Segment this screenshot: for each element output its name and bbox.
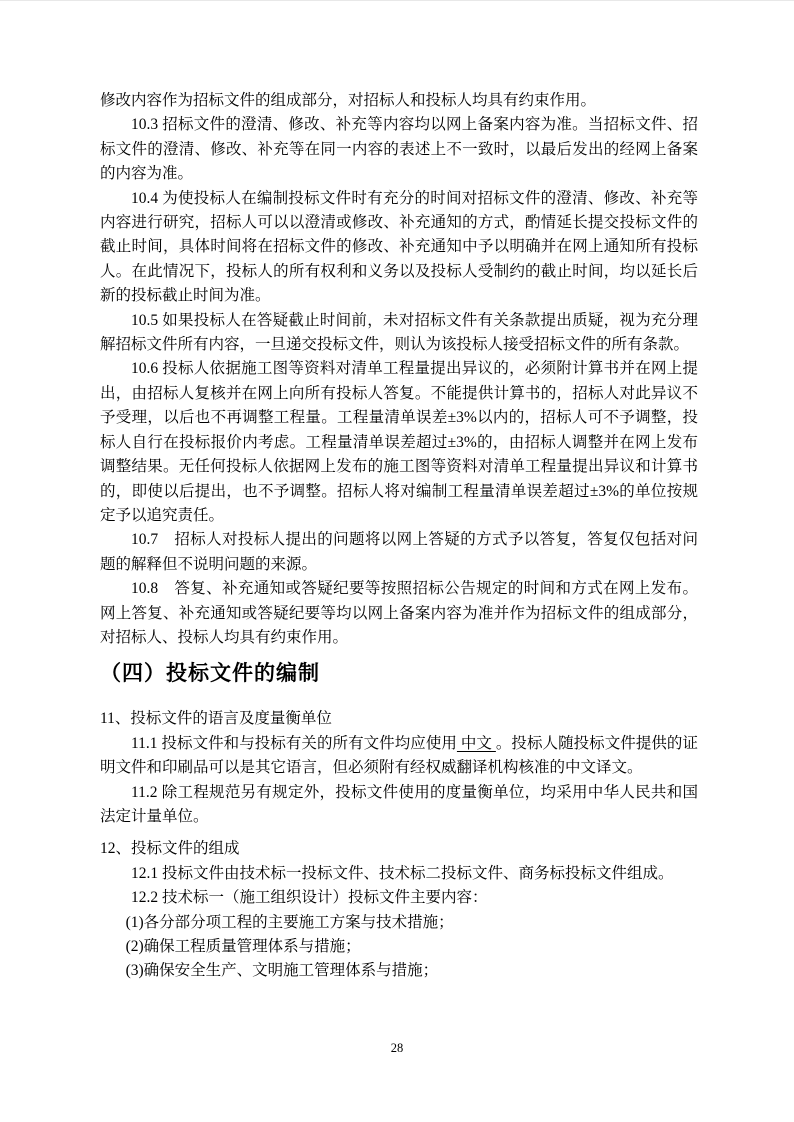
text-run: 12.2 技术标一（施工组织设计）投标文件主要内容： <box>131 889 488 906</box>
paragraph: 10.8 答复、补充通知或答疑纪要等按照招标公告规定的时间和方式在网上发布。网上… <box>100 577 698 650</box>
text-run: 12.1 投标文件由技术标一投标文件、技术标二投标文件、商务标投标文件组成。 <box>131 865 674 882</box>
text-run: 10.7 招标人对投标人提出的问题将以网上答疑的方式予以答复，答复仅包括对问题的… <box>100 531 698 572</box>
paragraph: (1)各分部分项工程的主要施工方案与技术措施； <box>100 911 698 935</box>
text-run: 10.6 投标人依据施工图等资料对清单工程量提出异议的，必须附计算书并在网上提出… <box>100 360 698 523</box>
paragraph: (2)确保工程质量管理体系与措施； <box>100 935 698 959</box>
paragraph: 10.5 如果投标人在答疑截止时间前，未对招标文件有关条款提出质疑，视为充分理解… <box>100 309 698 358</box>
text-run: 11.2 除工程规范另有规定外，投标文件使用的度量衡单位，均采用中华人民共和国法… <box>100 784 698 825</box>
text-run: 10.8 答复、补充通知或答疑纪要等按照招标公告规定的时间和方式在网上发布。网上… <box>100 580 698 646</box>
paragraph: 12、投标文件的组成 <box>100 837 698 861</box>
document-page: 修改内容作为招标文件的组成部分，对招标人和投标人均具有约束作用。10.3 招标文… <box>0 0 794 1122</box>
document-content: 修改内容作为招标文件的组成部分，对招标人和投标人均具有约束作用。10.3 招标文… <box>100 89 698 984</box>
paragraph: 11.2 除工程规范另有规定外，投标文件使用的度量衡单位，均采用中华人民共和国法… <box>100 781 698 830</box>
text-run: （四）投标文件的编制 <box>100 662 320 685</box>
text-run: 11、投标文件的语言及度量衡单位 <box>100 710 332 727</box>
text-run: 10.4 为使投标人在编制投标文件时有充分的时间对招标文件的澄清、修改、补充等内… <box>100 190 698 305</box>
text-run: 10.5 如果投标人在答疑截止时间前，未对招标文件有关条款提出质疑，视为充分理解… <box>100 312 698 353</box>
paragraph: (3)确保安全生产、文明施工管理体系与措施； <box>100 959 698 983</box>
text-run: 12、投标文件的组成 <box>100 840 240 857</box>
text-run: 修改内容作为招标文件的组成部分，对招标人和投标人均具有约束作用。 <box>100 92 596 109</box>
section-heading: （四）投标文件的编制 <box>100 661 698 687</box>
paragraph: 12.1 投标文件由技术标一投标文件、技术标二投标文件、商务标投标文件组成。 <box>100 862 698 886</box>
paragraph: 11、投标文件的语言及度量衡单位 <box>100 707 698 731</box>
paragraph: 11.1 投标文件和与投标有关的所有文件均应使用 中文 。投标人随投标文件提供的… <box>100 732 698 781</box>
text-run: (2)确保工程质量管理体系与措施； <box>126 938 361 955</box>
text-run: (3)确保安全生产、文明施工管理体系与措施； <box>126 962 439 979</box>
paragraph: 10.3 招标文件的澄清、修改、补充等内容均以网上备案内容为准。当招标文件、招标… <box>100 113 698 186</box>
paragraph: 10.4 为使投标人在编制投标文件时有充分的时间对招标文件的澄清、修改、补充等内… <box>100 187 698 309</box>
paragraph: 修改内容作为招标文件的组成部分，对招标人和投标人均具有约束作用。 <box>100 89 698 113</box>
paragraph: 10.6 投标人依据施工图等资料对清单工程量提出异议的，必须附计算书并在网上提出… <box>100 357 698 528</box>
paragraph: 12.2 技术标一（施工组织设计）投标文件主要内容： <box>100 886 698 910</box>
underlined-text: 中文 <box>457 735 496 752</box>
text-run: (1)各分部分项工程的主要施工方案与技术措施； <box>126 914 454 931</box>
text-run: 10.3 招标文件的澄清、修改、补充等内容均以网上备案内容为准。当招标文件、招标… <box>100 116 698 182</box>
page-number: 28 <box>0 1041 794 1056</box>
text-run: 11.1 投标文件和与投标有关的所有文件均应使用 <box>131 735 457 752</box>
paragraph: 10.7 招标人对投标人提出的问题将以网上答疑的方式予以答复，答复仅包括对问题的… <box>100 528 698 577</box>
